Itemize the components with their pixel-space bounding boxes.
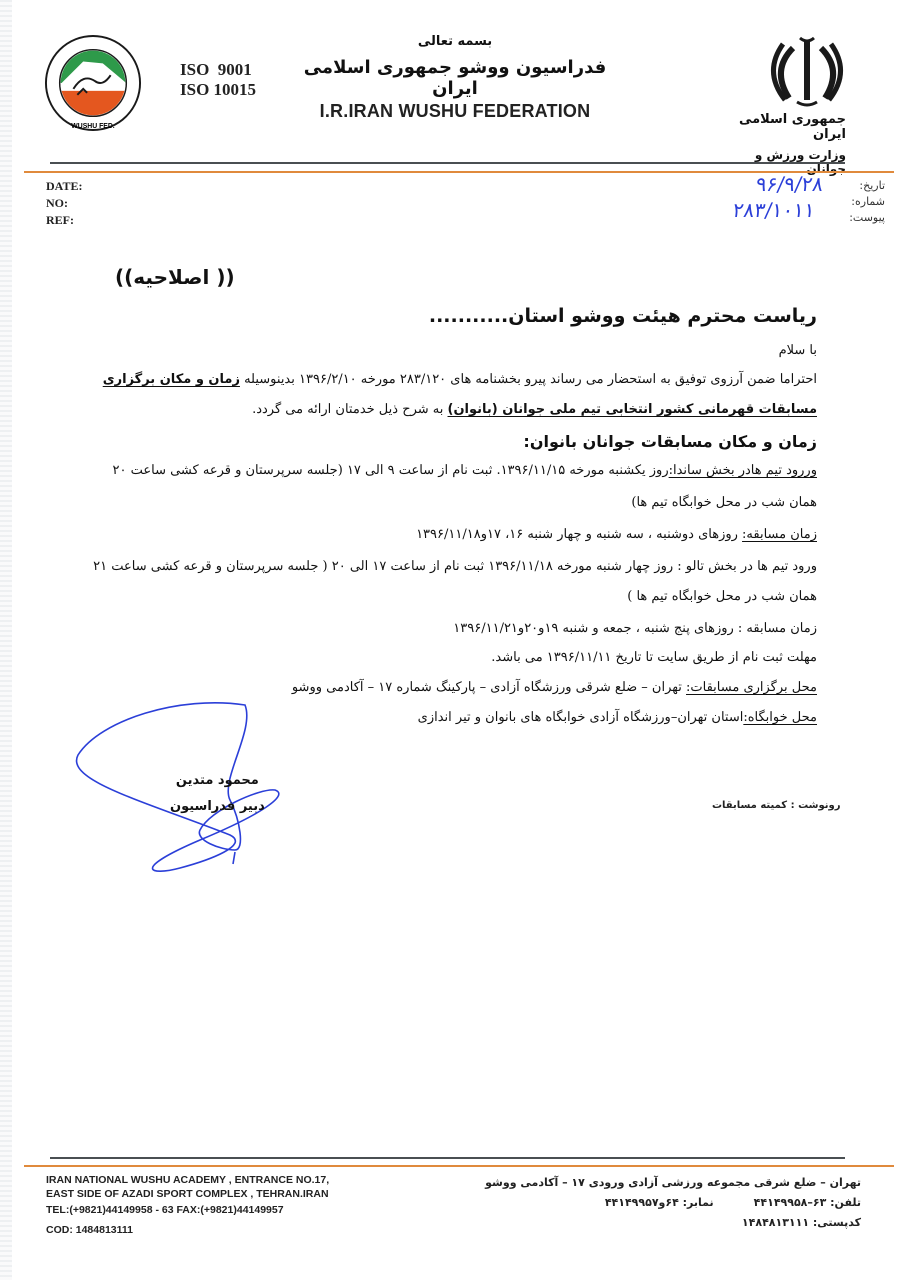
intro-line-1: احتراما ضمن آرزوی توفیق به استحضار می رس… (103, 372, 817, 387)
correction-title: (( اصلاحیه)) (115, 265, 235, 289)
federation-name-en: I.R.IRAN WUSHU FEDERATION (300, 101, 610, 122)
footer-en-phone: TEL:(+9821)44149958 - 63 FAX:(+9821)4414… (46, 1203, 329, 1217)
footer-en-line-1: IRAN NATIONAL WUSHU ACADEMY , ENTRANCE N… (46, 1173, 329, 1187)
footer-fa-fax: نمابر: ۶۴و۴۴۱۴۹۹۵۷ (605, 1196, 714, 1209)
bismillah: بسمه تعالی (300, 34, 610, 49)
wushu-federation-logo-icon: WUSHU FED. (44, 34, 142, 132)
section-title: زمان و مکان مسابقات جوانان بانوان: (523, 432, 817, 451)
intro-line-1-text: احتراما ضمن آرزوی توفیق به استحضار می رس… (240, 372, 817, 387)
item-venue-text: تهران – ضلع شرقی ورزشگاه آزادی – پارکینگ… (292, 680, 686, 695)
footer-fa-contacts: تلفن: ۶۳–۴۴۱۴۹۹۵۸نمابر: ۶۴و۴۴۱۴۹۹۵۷ (485, 1193, 861, 1213)
iran-emblem-icon (766, 34, 848, 110)
intro-line-2-emphasis: مسابقات قهرمانی کشور انتخابی تیم ملی جوا… (448, 402, 817, 417)
addressee: ریاست محترم هیئت ووشو استان........... (429, 305, 817, 327)
footer-fa-address: تهران – ضلع شرقی مجموعه ورزشی آزادی ورود… (485, 1173, 861, 1193)
footer-fa-phone: تلفن: ۶۳–۴۴۱۴۹۹۵۸ (754, 1196, 861, 1209)
ref-label-fa: پیوست: (849, 210, 885, 226)
date-label-fa: تاریخ: (849, 178, 885, 194)
footer-fa-postal: کدپستی: ۱۴۸۴۸۱۳۱۱۱ (485, 1213, 861, 1233)
meta-labels-en: DATE: NO: REF: (46, 178, 82, 229)
greeting: با سلام (779, 343, 817, 358)
no-label-fa: شماره: (849, 194, 885, 210)
letterhead-title: بسمه تعالی فدراسیون ووشو جمهوری اسلامی ا… (300, 34, 610, 122)
item-sanda-cont: همان شب در محل خوابگاه تیم ها) (631, 495, 817, 510)
svg-text:WUSHU FED.: WUSHU FED. (71, 123, 115, 130)
emblem-line-1: جمهوری اسلامی ایران (730, 112, 846, 142)
iso-9001: ISO 9001 (180, 60, 256, 80)
ref-label-en: REF: (46, 212, 82, 229)
item-venue-label: محل برگزاری مسابقات: (686, 680, 817, 695)
footer-en-line-2: EAST SIDE OF AZADI SPORT COMPLEX , TEHRA… (46, 1187, 329, 1201)
footer-address-en: IRAN NATIONAL WUSHU ACADEMY , ENTRANCE N… (46, 1173, 329, 1237)
cc-line: رونوشت : کمیته مسابقات (712, 800, 841, 811)
signatory-title: دبیر فدراسیون (170, 794, 265, 820)
item-sanda-competition-text: روزهای دوشنبه ، سه شنبه و چهار شنبه ۱۶، … (416, 527, 742, 542)
intro-line-1-emphasis: زمان و مکان برگزاری (103, 372, 240, 387)
item-accommodation-text: استان تهران–ورزشگاه آزادی خوابگاه های با… (418, 710, 744, 725)
federation-name-fa: فدراسیون ووشو جمهوری اسلامی ایران (300, 57, 610, 99)
item-sanda-text: روز یکشنبه مورخه ۱۳۹۶/۱۱/۱۵. ثبت نام از … (112, 463, 668, 478)
handwritten-number: ۲۸۳/۱۰۱۱ (731, 198, 816, 222)
item-sanda-competition-label: زمان مسابقه: (742, 527, 817, 542)
item-taolu-arrival: ورود تیم ها در بخش تالو : روز چهار شنبه … (93, 559, 817, 574)
handwritten-date: ۹۶/۹/۲۸ (754, 172, 825, 196)
ministry-label: جمهوری اسلامی ایران وزارت ورزش و جوانان (730, 112, 846, 176)
item-sanda-label: وررود تیم هادر بخش ساندا: (669, 463, 817, 478)
header-rule-dark (50, 162, 845, 164)
meta-labels-fa: تاریخ: شماره: پیوست: (849, 178, 885, 226)
item-sanda-arrival: وررود تیم هادر بخش ساندا:روز یکشنبه مورخ… (112, 463, 817, 478)
intro-line-2-text: به شرح ذیل خدمتان ارائه می گردد. (252, 402, 447, 417)
footer-rule-dark (50, 1157, 845, 1159)
item-venue: محل برگزاری مسابقات: تهران – ضلع شرقی ور… (292, 680, 817, 695)
item-taolu-competition: زمان مسابقه : روزهای پنج شنبه ، جمعه و ش… (453, 621, 817, 636)
item-accommodation: محل خوابگاه:استان تهران–ورزشگاه آزادی خو… (418, 710, 817, 725)
date-label-en: DATE: (46, 178, 82, 195)
signatory-name: محمود متدین (170, 768, 265, 794)
footer-rule-orange (24, 1165, 894, 1167)
footer-en-cod: COD: 1484813111 (46, 1223, 329, 1237)
footer-address-fa: تهران – ضلع شرقی مجموعه ورزشی آزادی ورود… (485, 1173, 861, 1233)
intro-line-2: مسابقات قهرمانی کشور انتخابی تیم ملی جوا… (252, 402, 817, 417)
iso-certifications: ISO 9001 ISO 10015 (180, 60, 256, 100)
iso-10015: ISO 10015 (180, 80, 256, 100)
signature-block: محمود متدین دبیر فدراسیون (170, 768, 265, 820)
item-registration-deadline: مهلت ثبت نام از طریق سایت تا تاریخ ۱۳۹۶/… (491, 650, 817, 665)
item-taolu-cont: همان شب در محل خوابگاه تیم ها ) (627, 589, 817, 604)
no-label-en: NO: (46, 195, 82, 212)
item-sanda-competition: زمان مسابقه: روزهای دوشنبه ، سه شنبه و چ… (416, 527, 817, 542)
item-accommodation-label: محل خوابگاه: (743, 710, 817, 725)
scan-edge (0, 0, 12, 1280)
